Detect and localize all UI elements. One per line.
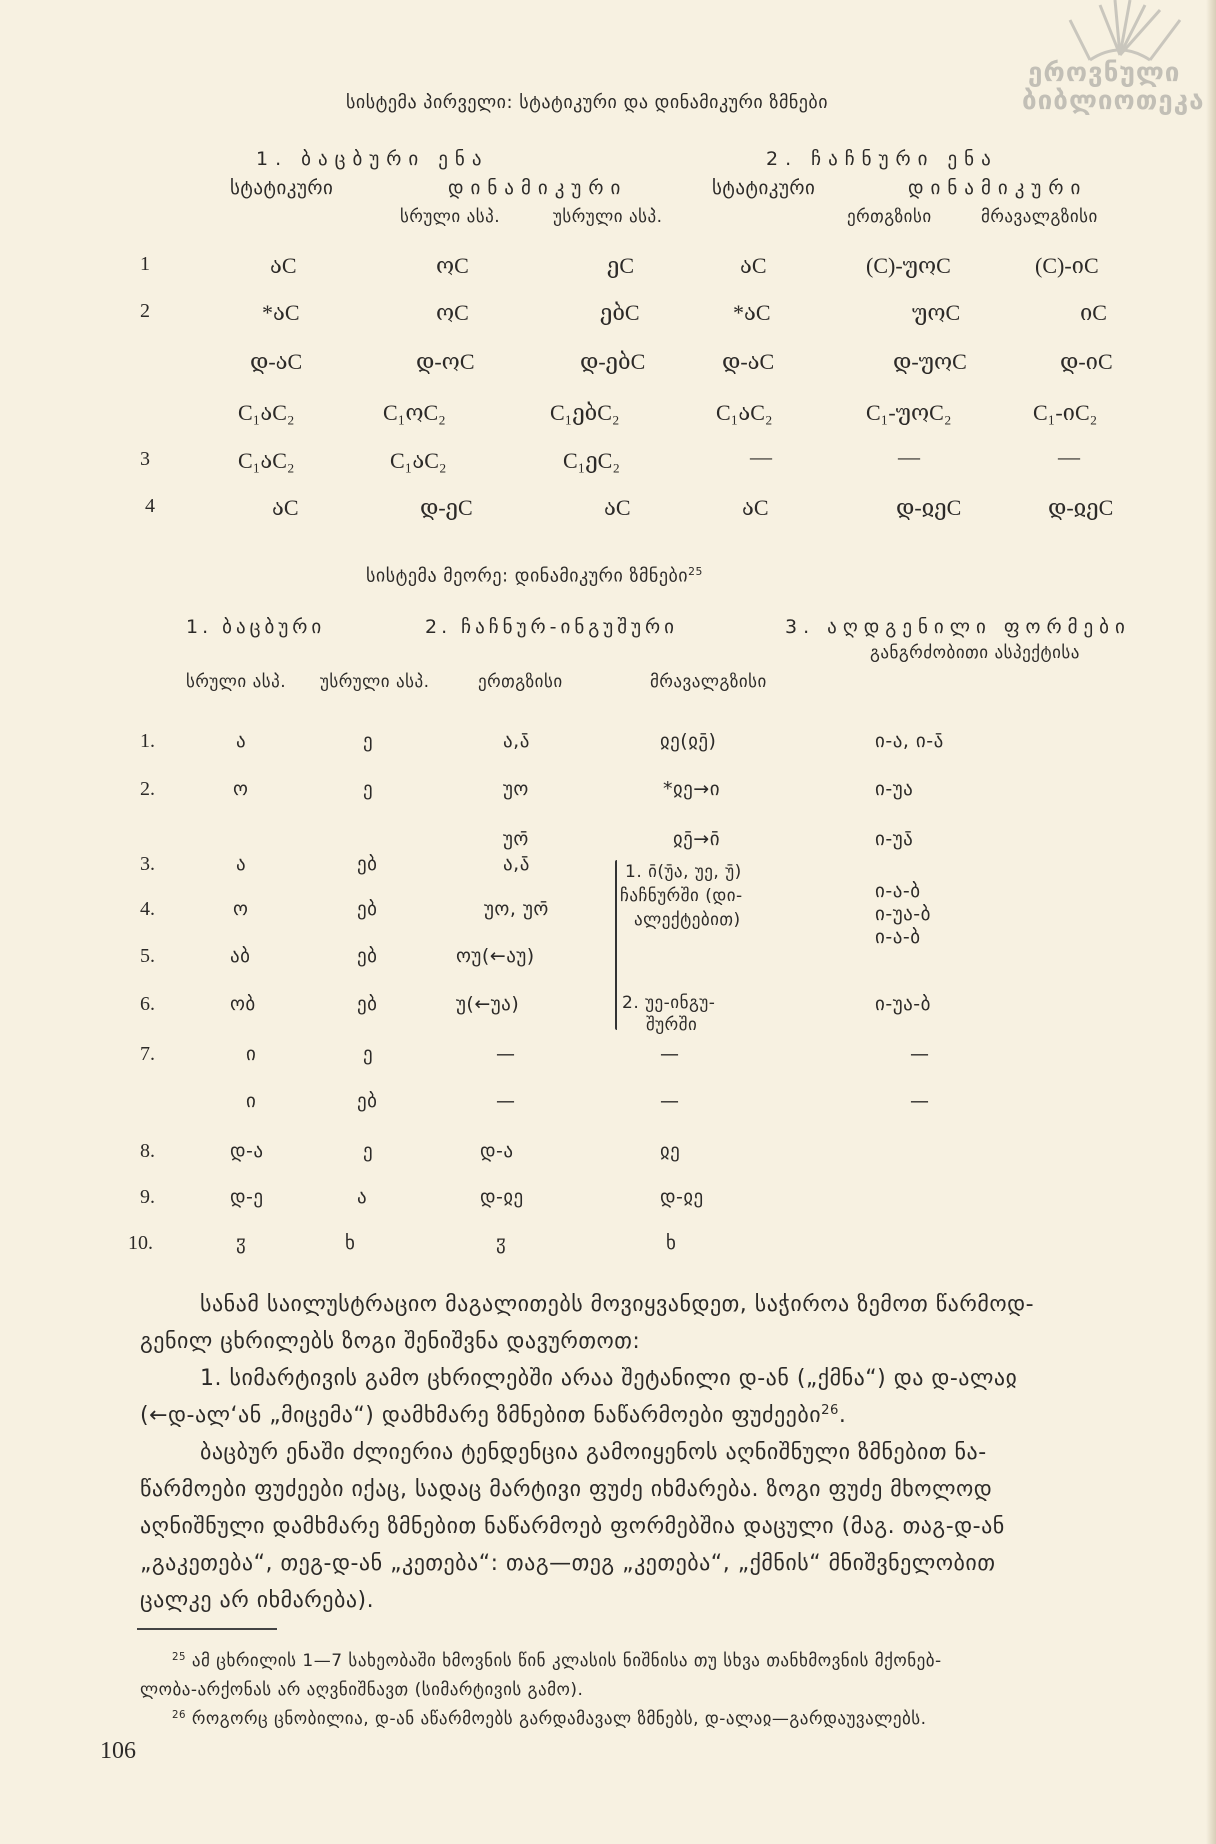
table-cell: ოუ(←აუ)	[456, 945, 535, 967]
row-number: 8.	[140, 1140, 155, 1163]
table2-col-perfective: სრული ასპ.	[186, 672, 286, 692]
paragraph-2-line-2-text: (←დ-ალ‘ან „მიცემა“) დამხმარე ზმნებით ნაწ…	[140, 1403, 821, 1428]
table-cell: ე	[363, 730, 373, 752]
table-cell: დ-ჲე	[660, 1186, 704, 1208]
row-number: 5.	[140, 945, 155, 968]
table-cell: ე	[363, 1140, 373, 1162]
table-cell: ი	[246, 1043, 256, 1065]
table-cell: ა,ა̄	[503, 730, 530, 752]
table-cell: ი-ა-ბ	[875, 926, 921, 948]
table-cell: დ-ჲე	[480, 1186, 524, 1208]
table1-col-multiple: მრავალგზისი	[981, 207, 1098, 227]
table-cell: ო	[233, 898, 248, 920]
table-cell: აC	[270, 253, 297, 279]
table-cell: დ-ჲეC	[896, 495, 961, 521]
row-number: 3.	[140, 853, 155, 876]
row-number: 4.	[140, 898, 155, 921]
table-cell: ე	[363, 778, 373, 800]
row-number: 3	[140, 448, 150, 471]
table-cell: დ-უოC	[893, 349, 967, 375]
paragraph-3-line-5: ცალკე არ იხმარება).	[140, 1588, 374, 1613]
paragraph-2-line-2: (←დ-ალ‘ან „მიცემა“) დამხმარე ზმნებით ნაწ…	[140, 1403, 846, 1428]
table-cell: C₁ოC₂	[383, 400, 446, 426]
brace-note-2-line1: 2. უე-ინგუ-	[622, 993, 715, 1013]
table-cell: *აC	[262, 300, 300, 326]
table-cell: ი	[246, 1090, 256, 1112]
table-cell: ხ	[345, 1232, 355, 1254]
page-edge	[1206, 0, 1216, 1844]
table2-group-restored: 3. აღდგენილი ფორმები	[785, 616, 1131, 638]
table-cell: ი-ა, ი-ა̄	[875, 730, 944, 752]
table-cell: —	[496, 1090, 516, 1112]
table1-group-chechen: 2. ჩაჩნური ენა	[766, 148, 998, 170]
table-cell: დ-აC	[722, 349, 774, 375]
table-cell: —	[1058, 444, 1080, 470]
table-cell: ი-ა-ბ	[875, 880, 921, 902]
row-number: 2	[140, 300, 150, 323]
row-number: 7.	[140, 1043, 155, 1066]
table-cell: დ-ე	[230, 1186, 264, 1208]
table-cell: ებC	[600, 300, 640, 326]
brace-note-2-line2: შურში	[646, 1015, 697, 1035]
row-number: 1	[140, 253, 150, 276]
table-cell: დ-ჲეC	[1048, 495, 1113, 521]
table-cell: დ-აC	[250, 349, 302, 375]
paragraph-3-line-1: ბაცბურ ენაში ძლიერია ტენდენცია გამოიყენო…	[200, 1440, 987, 1465]
table-cell: C₁ეC₂	[563, 448, 620, 474]
table-cell: დ-ა	[230, 1140, 264, 1162]
table2-col-single: ერთგზისი	[478, 672, 563, 692]
table2-group-batsbi: 1. ბაცბური	[186, 616, 325, 638]
table-cell: ჳ	[236, 1232, 246, 1254]
footnote-text: ამ ცხრილის 1—7 სახეობაში ხმოვნის წინ კლა…	[192, 1651, 942, 1671]
table-cell: ხ	[666, 1232, 676, 1254]
brace-note-1-line3: ალექტებით)	[634, 910, 741, 930]
table-cell: ებ	[357, 898, 377, 920]
table-cell: უო̄	[503, 828, 529, 850]
table-cell: C₁აC₂	[238, 400, 295, 426]
table2-title: სისტემა მეორე: დინამიკური ზმნები25	[366, 565, 703, 586]
footnote-ref[interactable]: 25	[688, 565, 703, 578]
table1-dynamic-2: დინამიკური	[908, 177, 1087, 199]
table-cell: უო	[503, 778, 529, 800]
table-cell: დ-ეC	[420, 495, 473, 521]
table-cell: აC	[604, 495, 631, 521]
table2-group-restored-sub: განგრძობითი ასპექტისა	[870, 643, 1080, 663]
table-cell: ი-უა-ბ	[875, 993, 931, 1015]
footnote-25-line2: ლობა-არქონას არ აღვნიშნავთ (სიმარტივის გ…	[140, 1680, 583, 1700]
paragraph-3-line-2: წარმოები ფუძეები იქაც, სადაც მარტივი ფუძ…	[140, 1477, 992, 1502]
footnote-26: 26 როგორც ცნობილია, დ-ან აწარმოებს გარდა…	[172, 1709, 927, 1729]
paragraph-1-line-2: გენილ ცხრილებს ზოგი შენიშვნა დავურთოთ:	[140, 1329, 640, 1354]
table-cell: C₁ებC₂	[550, 400, 620, 426]
table-cell: ებ	[357, 1090, 377, 1112]
table-cell: ა	[357, 1186, 367, 1208]
table-cell: აბ	[230, 945, 250, 967]
table-cell: ა,ა̄	[503, 853, 530, 875]
table-cell: ეC	[607, 253, 634, 279]
row-number: 1.	[140, 730, 155, 753]
table1-dynamic-1: დინამიკური	[448, 177, 627, 199]
paragraph-3-line-4: „გაკეთება“, თეგ-დ-ან „კეთება“: თაგ—თეგ „…	[140, 1551, 995, 1576]
table-cell: C₁აC₂	[716, 400, 773, 426]
table-cell: —	[750, 444, 772, 470]
footnote-number: 26	[172, 1710, 186, 1721]
table-cell: C₁-იC₂	[1033, 400, 1097, 426]
table-cell: ი-უა̄	[875, 828, 913, 850]
row-number: 10.	[128, 1232, 153, 1255]
table-cell: C₁აC₂	[238, 448, 295, 474]
table1-title: სისტემა პირველი: სტატიკური და დინამიკური…	[346, 92, 828, 113]
row-number: 9.	[140, 1186, 155, 1209]
footnote-ref[interactable]: 26	[821, 1403, 839, 1418]
table-cell: ჳ	[496, 1232, 506, 1254]
table1-group-batsbi: 1. ბაცბური ენა	[256, 148, 488, 170]
table-cell: ოC	[436, 253, 469, 279]
table-cell: ჲე(ჲე̄)	[660, 730, 716, 752]
table-cell: აC	[742, 495, 769, 521]
table-cell: ოC	[436, 300, 469, 326]
table-cell: დ-ოC	[416, 349, 475, 375]
table-cell: ობ	[230, 993, 256, 1015]
paragraph-3-line-3: აღნიშნული დამხმარე ზმნებით ნაწარმოებ ფორ…	[140, 1514, 1005, 1539]
footnote-divider	[137, 1628, 277, 1630]
brace-note-1-line2: ჩაჩნურში (დი-	[620, 886, 743, 906]
paragraph-2-line-1: 1. სიმარტივის გამო ცხრილებში არაა შეტანი…	[200, 1366, 1017, 1391]
table-cell: —	[910, 1090, 930, 1112]
table-cell: ებ	[357, 945, 377, 967]
table1-static-2: სტატიკური	[712, 177, 815, 199]
table-cell: C₁აC₂	[390, 448, 447, 474]
book-page: ეროვნული ბიბლიოთეკა სისტემა პირველი: სტა…	[0, 0, 1216, 1844]
table-cell: ებ	[357, 993, 377, 1015]
library-watermark: ეროვნული ბიბლიოთეკა	[1030, 0, 1216, 120]
table-cell: ა	[236, 853, 246, 875]
table1-static-1: სტატიკური	[230, 177, 333, 199]
table-cell: დ-ებC	[580, 349, 645, 375]
page-number: 106	[100, 1738, 136, 1765]
table-cell: (C)-უოC	[866, 253, 951, 279]
table-cell: —	[910, 1043, 930, 1065]
table2-col-multiple: მრავალგზისი	[650, 672, 767, 692]
watermark-line2: ბიბლიოთეკა	[1022, 86, 1205, 116]
table-cell: აC	[272, 495, 299, 521]
table-cell: —	[496, 1043, 516, 1065]
table-cell: უო, უო̄	[484, 898, 549, 920]
table-cell: C₁-უოC₂	[866, 400, 952, 426]
brace-note-1-line1: 1. ი̄(უ̄ა, უე, უ̄)	[625, 862, 742, 882]
row-number: 4	[145, 495, 155, 518]
table-cell: ჲე̄→ი̄	[673, 828, 720, 850]
footnote-number: 25	[172, 1652, 186, 1663]
paragraph-1-line-1: სანამ საილუსტრაციო მაგალითებს მოვიყვანდე…	[200, 1292, 1034, 1317]
table-cell: აC	[740, 253, 767, 279]
table-cell: (C)-იC	[1035, 253, 1099, 279]
table-cell: ი-უა-ბ	[875, 903, 931, 925]
table-cell: —	[660, 1090, 680, 1112]
table-cell: დ-იC	[1060, 349, 1113, 375]
table-cell: *აC	[733, 300, 771, 326]
table2-title-text: სისტემა მეორე: დინამიკური ზმნები	[366, 565, 688, 586]
row-number: 6.	[140, 993, 155, 1016]
table-cell: ებ	[357, 853, 377, 875]
table-cell: ი-უა	[875, 778, 913, 800]
table1-col-imperfective: უსრული ასპ.	[553, 207, 663, 227]
table-cell: უოC	[912, 300, 960, 326]
table-cell: ო	[233, 778, 248, 800]
table1-col-single: ერთგზისი	[847, 207, 932, 227]
table-cell: იC	[1080, 300, 1107, 326]
table1-col-perfective: სრული ასპ.	[400, 207, 500, 227]
row-number: 2.	[140, 778, 155, 801]
table-cell: დ-ა	[480, 1140, 514, 1162]
footnote-25: 25 ამ ცხრილის 1—7 სახეობაში ხმოვნის წინ …	[172, 1651, 942, 1671]
table-cell: ა	[236, 730, 246, 752]
table-cell: ჲე	[660, 1140, 680, 1162]
footnote-text: როგორც ცნობილია, დ-ან აწარმოებს გარდამავ…	[192, 1709, 927, 1729]
table-cell: უ(←უა)	[456, 993, 519, 1015]
table-cell: —	[660, 1043, 680, 1065]
table-cell: *ჲე→ი	[663, 778, 720, 800]
table2-col-imperfective: უსრული ასპ.	[320, 672, 430, 692]
table2-group-chechen-ingush: 2. ჩაჩნურ-ინგუშური	[425, 616, 678, 638]
table-cell: —	[898, 444, 920, 470]
grouping-brace	[615, 860, 617, 1030]
watermark-line1: ეროვნული	[1028, 58, 1180, 88]
table-cell: ე	[363, 1043, 373, 1065]
